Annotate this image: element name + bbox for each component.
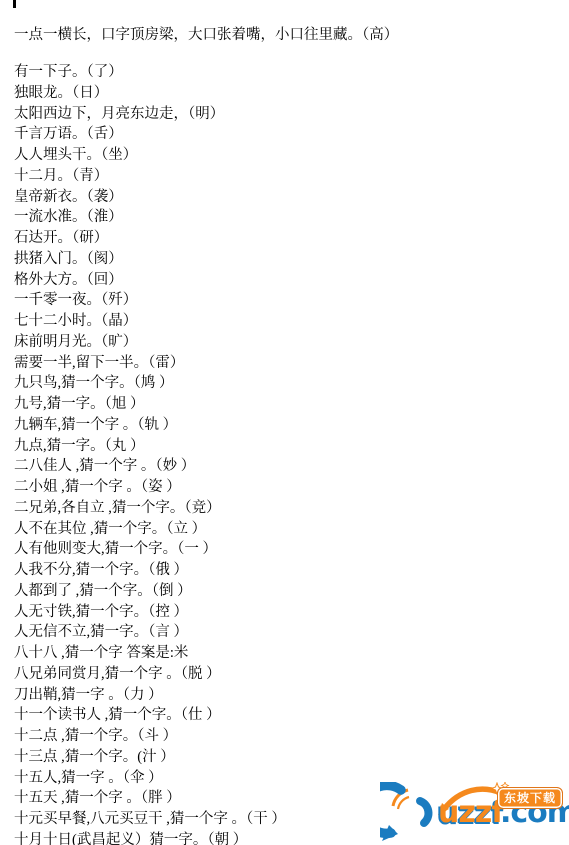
riddle-line: 拱猪入门。（阂） — [14, 249, 554, 270]
riddle-line: 十二点 ,猜一个字。（斗 ） — [14, 726, 554, 747]
riddle-line: 一流水准。（淮） — [14, 207, 554, 228]
riddle-line: 刀出鞘,猜一字 。（力 ） — [14, 685, 554, 706]
logo-brand-text: uzzf — [438, 795, 503, 830]
text-cursor-mark — [13, 0, 16, 8]
riddle-list: 有一下子。（了）独眼龙。（日）太阳西边下，月亮东边走，（明）千言万语。（舌）人人… — [14, 62, 554, 845]
riddle-line: 石达开。（研） — [14, 228, 554, 249]
riddle-line: 九号,猜一字。（旭 ） — [14, 394, 554, 415]
riddle-line: 十一个读书人 ,猜一个字。（仕 ） — [14, 705, 554, 726]
riddle-line: 皇帝新衣。（袭） — [14, 187, 554, 208]
riddle-line: 七十二小时。（晶） — [14, 311, 554, 332]
riddle-line: 人不在其位 ,猜一个字。（立 ） — [14, 519, 554, 540]
riddle-line: 有一下子。（了） — [14, 62, 554, 83]
riddle-line: 二八佳人 ,猜一个字 。（妙 ） — [14, 456, 554, 477]
riddle-line: 太阳西边下，月亮东边走，（明） — [14, 104, 554, 125]
site-watermark-logo: uzzf .com 东坡下载 — [380, 782, 569, 845]
riddle-line: 格外大方。（回） — [14, 270, 554, 291]
riddle-line: 人都到了 ,猜一个字。（倒 ） — [14, 581, 554, 602]
riddle-line: 人无信不立,猜一字。（言 ） — [14, 622, 554, 643]
riddle-line: 人人埋头干。（坐） — [14, 145, 554, 166]
page: { "page": { "background": "#ffffff", "te… — [0, 0, 569, 845]
riddle-line: 千言万语。（舌） — [14, 124, 554, 145]
logo-badge-text: 东坡下载 — [497, 787, 563, 809]
riddle-document: 一点一横长，口字顶房梁，大口张着嘴，小口往里藏。（高） 有一下子。（了）独眼龙。… — [14, 25, 554, 845]
riddle-line: 一千零一夜。（歼） — [14, 290, 554, 311]
riddle-line: 九辆车,猜一个字 。（轨 ） — [14, 415, 554, 436]
riddle-line: 床前明月光。（旷） — [14, 332, 554, 353]
riddle-line: 二兄弟,各自立 ,猜一个字。（竞） — [14, 498, 554, 519]
riddle-line: 独眼龙。（日） — [14, 83, 554, 104]
riddle-line: 二小姐 ,猜一个字 。（姿 ） — [14, 477, 554, 498]
riddle-line: 十二月。（青） — [14, 166, 554, 187]
riddle-line: 人无寸铁,猜一个字。（控 ） — [14, 602, 554, 623]
riddle-line: 八十八 ,猜一个字 答案是:米 — [14, 643, 554, 664]
riddle-line: 九只鸟,猜一个字。（鸠 ） — [14, 373, 554, 394]
riddle-title-line: 一点一横长，口字顶房梁，大口张着嘴，小口往里藏。（高） — [14, 25, 554, 46]
riddle-line: 人有他则变大,猜一个字。（一 ） — [14, 539, 554, 560]
riddle-line: 九点,猜一字。（丸 ） — [14, 436, 554, 457]
riddle-line: 八兄弟同赏月,猜一个字 。（脱 ） — [14, 664, 554, 685]
riddle-line: 人我不分,猜一个字。（俄 ） — [14, 560, 554, 581]
riddle-line: 十三点 ,猜一个字。(汁 ） — [14, 747, 554, 768]
riddle-line: 需要一半,留下一半。（雷） — [14, 353, 554, 374]
